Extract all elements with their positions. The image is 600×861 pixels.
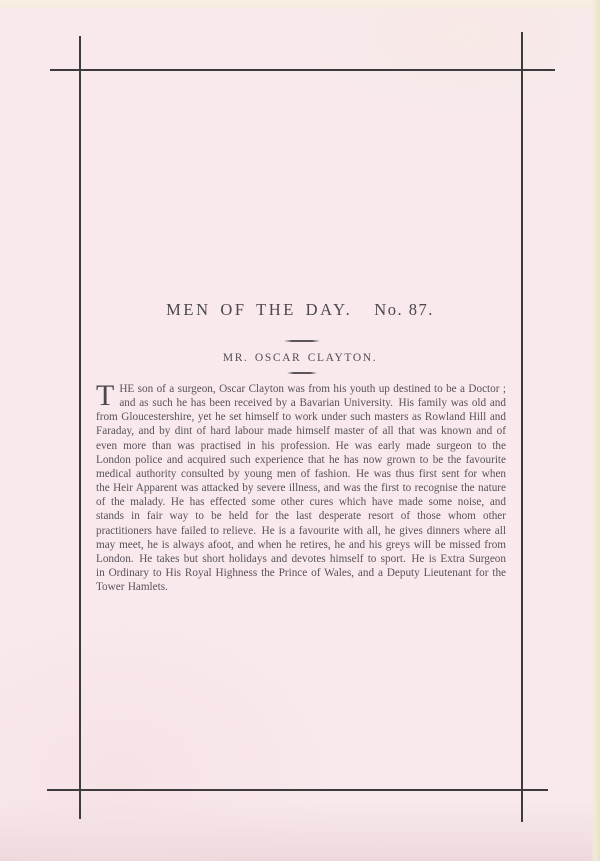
subject-name: MR. OSCAR CLAYTON. [0, 352, 600, 364]
biography-paragraph: THE son of a surgeon, Oscar Clayton was … [96, 382, 506, 594]
drop-cap: T [96, 382, 119, 408]
plate-border-right [521, 32, 523, 822]
plate-border-top [50, 69, 555, 71]
series-number: No. 87. [374, 300, 434, 319]
biography-text: HE son of a surgeon, Oscar Clayton was f… [96, 383, 506, 593]
plate-border-left [79, 36, 81, 819]
divider-rule-lower [287, 372, 317, 374]
scanned-page: MEN OF THE DAY.No. 87. MR. OSCAR CLAYTON… [0, 0, 600, 861]
paper-edge-top [0, 0, 600, 9]
plate-border-bottom [47, 789, 548, 791]
series-title: MEN OF THE DAY. [166, 300, 352, 319]
divider-rule-upper [284, 340, 320, 342]
paper-edge-right [591, 0, 600, 861]
page-title: MEN OF THE DAY.No. 87. [0, 300, 600, 320]
